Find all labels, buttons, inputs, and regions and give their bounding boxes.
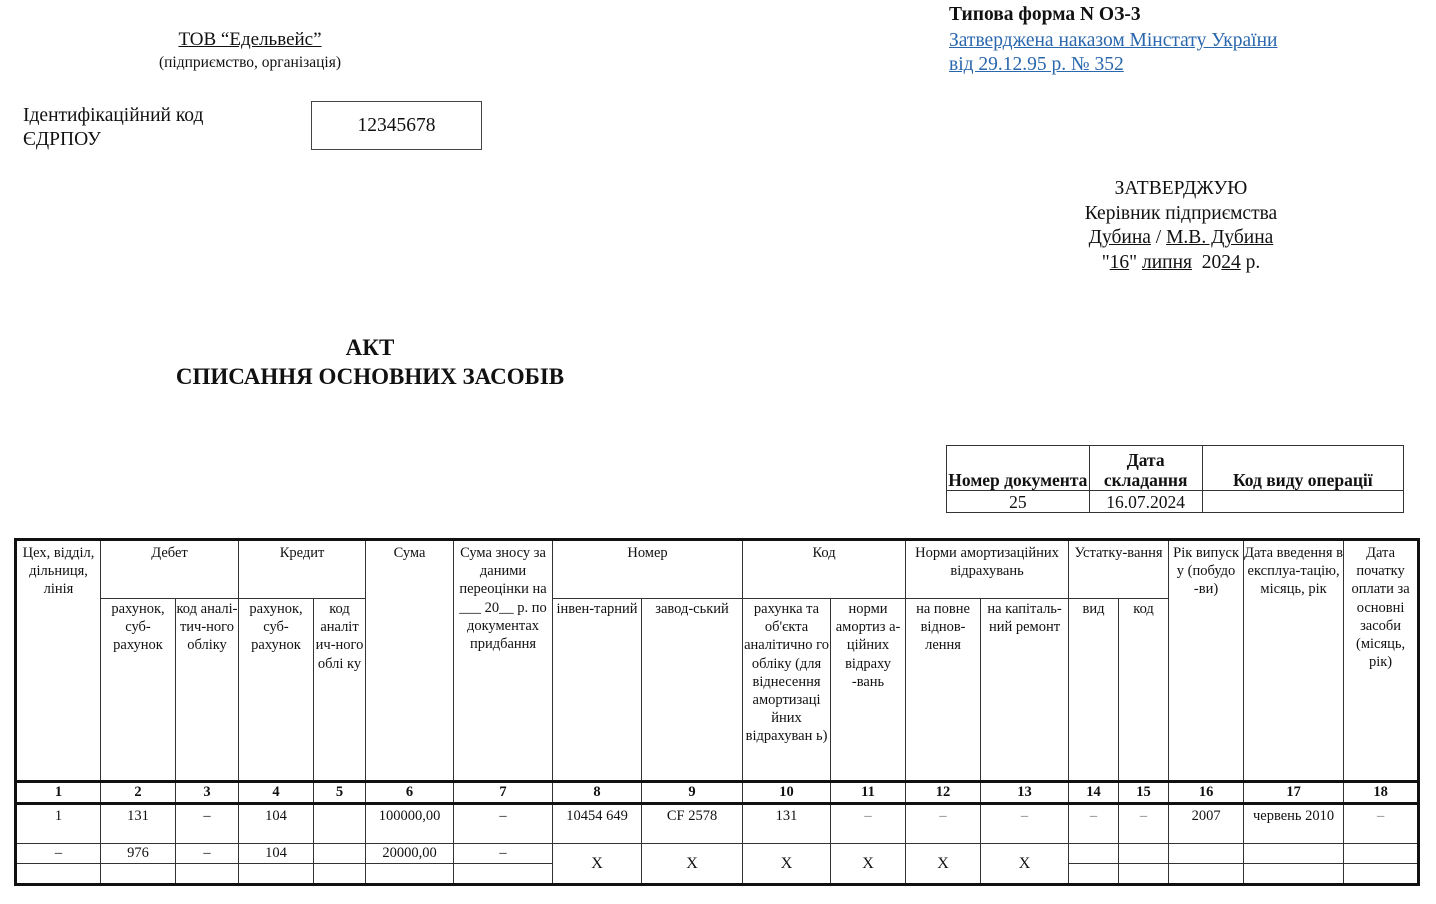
form-type-title: Типова форма N ОЗ-3 xyxy=(949,4,1141,26)
table-cell xyxy=(366,864,454,885)
doc-number-value: 25 xyxy=(947,491,1090,513)
table-cell: – xyxy=(831,804,906,844)
approval-name: М.В. Дубина xyxy=(1166,227,1273,248)
approval-date: "16" липня 2024 р. xyxy=(1040,251,1322,276)
approval-day: 16 xyxy=(1110,252,1130,273)
edrpou-label-line2: ЄДРПОУ xyxy=(23,128,203,152)
table-cell xyxy=(1069,864,1119,885)
subheader-account-object: рахунка та об'єкта аналітично го обліку … xyxy=(743,599,831,782)
header-debit: Дебет xyxy=(101,540,239,599)
fixed-assets-table: Цех, відділ, дільниця, лінія Дебет Креди… xyxy=(14,538,1420,886)
edrpou-label: Ідентифікаційний код ЄДРПОУ xyxy=(23,104,203,152)
header-code: Код xyxy=(743,540,906,599)
table-cell: 2007 xyxy=(1169,804,1244,844)
column-number: 8 xyxy=(553,782,642,804)
approval-order-link[interactable]: Затверджена наказом Мінстату України xyxy=(949,30,1277,52)
table-cell: – xyxy=(1069,804,1119,844)
quote-close: " xyxy=(1129,252,1142,273)
subheader-norm-code: норми амортиз а-ційних відраху -вань xyxy=(831,599,906,782)
table-cell: X xyxy=(553,844,642,885)
approval-year-suffix: 24 xyxy=(1221,252,1241,273)
table-cell: 104 xyxy=(239,804,314,844)
table-cell xyxy=(239,864,314,885)
header-sum: Сума xyxy=(366,540,454,782)
act-title: АКТ СПИСАННЯ ОСНОВНИХ ЗАСОБІВ xyxy=(100,333,640,391)
table-cell: CF 2578 xyxy=(642,804,743,844)
table-cell xyxy=(1069,844,1119,864)
operation-code-value xyxy=(1202,491,1403,513)
table-cell xyxy=(101,864,176,885)
column-number: 16 xyxy=(1169,782,1244,804)
header-year: Рік випуск у (побудо -ви) xyxy=(1169,540,1244,782)
header-credit: Кредит xyxy=(239,540,366,599)
approval-position: Керівник підприємства xyxy=(1040,202,1322,227)
table-row: 1131–104100000,00–10454 649CF 2578131–––… xyxy=(16,804,1419,844)
subheader-kind: вид xyxy=(1069,599,1119,782)
table-cell: 10454 649 xyxy=(553,804,642,844)
approval-year-unit: р. xyxy=(1241,252,1261,273)
table-cell xyxy=(1344,844,1419,864)
table-cell: – xyxy=(906,804,981,844)
table-cell: 131 xyxy=(743,804,831,844)
table-cell: X xyxy=(906,844,981,885)
header-number: Номер xyxy=(553,540,743,599)
subheader-inventory: інвен-тарний xyxy=(553,599,642,782)
table-cell xyxy=(16,864,101,885)
approval-separator: / xyxy=(1151,227,1166,248)
column-number: 11 xyxy=(831,782,906,804)
column-number: 12 xyxy=(906,782,981,804)
table-cell: 20000,00 xyxy=(366,844,454,864)
subheader-debit-analytic: код аналі-тич-ного обліку xyxy=(176,599,239,782)
table-cell: – xyxy=(16,844,101,864)
approval-signature-line: Дубина / М.В. Дубина xyxy=(1040,226,1322,251)
table-cell xyxy=(314,804,366,844)
header-workshop: Цех, відділ, дільниця, лінія xyxy=(16,540,101,782)
column-number: 17 xyxy=(1244,782,1344,804)
table-cell: 131 xyxy=(101,804,176,844)
header-equipment: Устатку-вання xyxy=(1069,540,1169,599)
table-cell: X xyxy=(642,844,743,885)
table-cell xyxy=(314,844,366,864)
table-cell: – xyxy=(176,844,239,864)
subheader-factory: завод-ський xyxy=(642,599,743,782)
table-cell xyxy=(1169,844,1244,864)
quote-open: " xyxy=(1102,252,1110,273)
table-cell xyxy=(1244,864,1344,885)
table-cell: червень 2010 xyxy=(1244,804,1344,844)
table-cell xyxy=(1119,864,1169,885)
subheader-credit-analytic: код аналіт ич-ного облі ку xyxy=(314,599,366,782)
column-number: 2 xyxy=(101,782,176,804)
organization-name-text: ТОВ “Едельвейс” xyxy=(178,29,321,50)
column-number: 14 xyxy=(1069,782,1119,804)
subheader-capital-repair: на капіталь-ний ремонт xyxy=(981,599,1069,782)
approval-order-date-link[interactable]: від 29.12.95 р. № 352 xyxy=(949,54,1124,76)
table-cell: – xyxy=(454,844,553,864)
table-cell xyxy=(1244,844,1344,864)
header-norms: Норми амортизаційних відрахувань xyxy=(906,540,1069,599)
header-depreciation: Сума зносу за даними переоцінки на ___ 2… xyxy=(454,540,553,782)
table-cell: 1 xyxy=(16,804,101,844)
table-cell: X xyxy=(743,844,831,885)
column-number: 6 xyxy=(366,782,454,804)
table-cell xyxy=(1344,864,1419,885)
organization-name: ТОВ “Едельвейс” xyxy=(140,29,360,51)
edrpou-code-box: 12345678 xyxy=(311,101,482,150)
header-commission-date: Дата введення в експлуа-тацію, місяць, р… xyxy=(1244,540,1344,782)
table-cell: – xyxy=(981,804,1069,844)
table-cell: 976 xyxy=(101,844,176,864)
organization-caption: (підприємство, організація) xyxy=(120,54,380,72)
table-cell: – xyxy=(1344,804,1419,844)
column-number: 3 xyxy=(176,782,239,804)
doc-date-value: 16.07.2024 xyxy=(1089,491,1202,513)
table-cell xyxy=(314,864,366,885)
operation-code-header: Код виду операції xyxy=(1202,446,1403,491)
column-numbers-row: 123456789101112131415161718 xyxy=(16,782,1419,804)
document-info-table: Номер документа Дата складання Код виду … xyxy=(946,445,1404,513)
table-cell: – xyxy=(176,804,239,844)
column-number: 7 xyxy=(454,782,553,804)
table-cell: 104 xyxy=(239,844,314,864)
table-cell xyxy=(176,864,239,885)
column-number: 9 xyxy=(642,782,743,804)
act-title-line2: СПИСАННЯ ОСНОВНИХ ЗАСОБІВ xyxy=(100,362,640,391)
table-cell: X xyxy=(981,844,1069,885)
table-cell: X xyxy=(831,844,906,885)
act-title-line1: АКТ xyxy=(100,333,640,362)
approval-title: ЗАТВЕРДЖУЮ xyxy=(1040,177,1322,202)
column-number: 1 xyxy=(16,782,101,804)
table-cell: – xyxy=(1119,804,1169,844)
approval-signature: Дубина xyxy=(1089,227,1151,248)
column-number: 13 xyxy=(981,782,1069,804)
approval-block: ЗАТВЕРДЖУЮ Керівник підприємства Дубина … xyxy=(1040,177,1322,275)
table-cell xyxy=(454,864,553,885)
doc-number-header: Номер документа xyxy=(947,446,1090,491)
column-number: 5 xyxy=(314,782,366,804)
approval-year-prefix: 20 xyxy=(1202,252,1222,273)
subheader-credit-account: рахунок, суб-рахунок xyxy=(239,599,314,782)
table-cell: 100000,00 xyxy=(366,804,454,844)
table-cell: – xyxy=(454,804,553,844)
table-cell xyxy=(1119,844,1169,864)
column-number: 10 xyxy=(743,782,831,804)
subheader-full-restore: на повне віднов-лення xyxy=(906,599,981,782)
column-number: 18 xyxy=(1344,782,1419,804)
approval-month: липня xyxy=(1142,252,1192,273)
header-payment-date: Дата початку оплати за основні засоби (м… xyxy=(1344,540,1419,782)
doc-date-header: Дата складання xyxy=(1089,446,1202,491)
edrpou-label-line1: Ідентифікаційний код xyxy=(23,104,203,128)
column-number: 15 xyxy=(1119,782,1169,804)
column-number: 4 xyxy=(239,782,314,804)
subheader-debit-account: рахунок, суб-рахунок xyxy=(101,599,176,782)
table-row: –976–10420000,00–XXXXXX xyxy=(16,844,1419,864)
subheader-equipment-code: код xyxy=(1119,599,1169,782)
table-cell xyxy=(1169,864,1244,885)
